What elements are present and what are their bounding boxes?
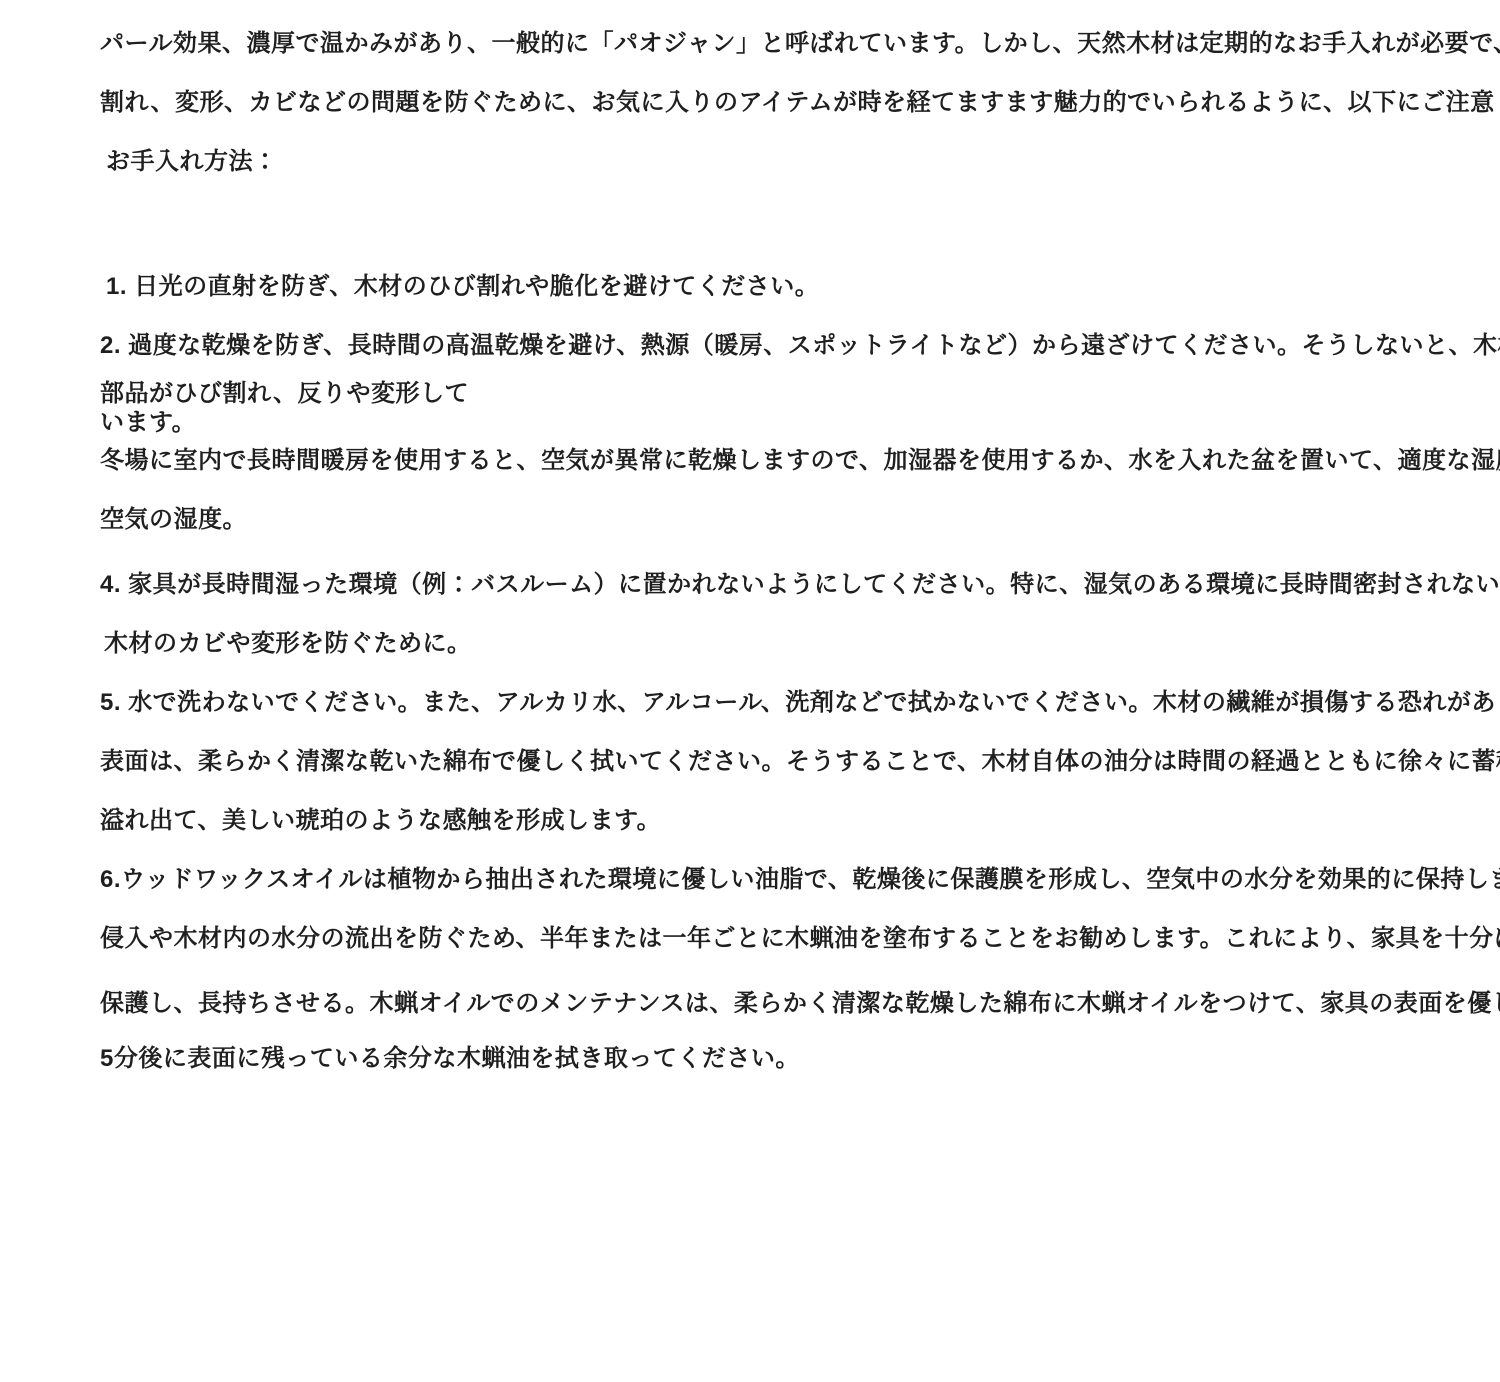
care-item-6-wrap-2: 保護し、長持ちさせる。木蝋オイルでのメンテナンスは、柔らかく清潔な乾燥した綿布に…: [100, 991, 1500, 1017]
intro-line-2: 割れ、変形、カビなどの問題を防ぐために、お気に入りのアイテムが時を経てますます魅…: [100, 90, 1500, 116]
care-item-4-wrap: 木材のカビや変形を防ぐために。: [100, 631, 1500, 657]
care-instructions-document: パール効果、濃厚で温かみがあり、一般的に「パオジャン」と呼ばれています。しかし、…: [0, 0, 1500, 1382]
care-item-5-wrap-2: 溢れ出て、美しい琥珀のような感触を形成します。: [100, 808, 1500, 834]
care-item-2-wrap-1: 部品がひび割れ、反りや変形して: [100, 381, 1500, 407]
care-item-3-wrap: 空気の湿度。: [100, 507, 1500, 533]
care-item-1: 1. 日光の直射を防ぎ、木材のひび割れや脆化を避けてください。: [100, 274, 1500, 300]
care-item-2: 2. 過度な乾燥を防ぎ、長時間の高温乾燥を避け、熱源（暖房、スポットライトなど）…: [100, 333, 1500, 359]
care-item-4: 4. 家具が長時間湿った環境（例：バスルーム）に置かれないようにしてください。特…: [100, 572, 1500, 598]
care-item-6-wrap-1: 侵入や木材内の水分の流出を防ぐため、半年または一年ごとに木蝋油を塗布することをお…: [100, 926, 1500, 952]
care-item-6-wrap-3: 5分後に表面に残っている余分な木蝋油を拭き取ってください。: [100, 1046, 1500, 1072]
care-item-3: 冬場に室内で長時間暖房を使用すると、空気が異常に乾燥しますので、加湿器を使用する…: [100, 448, 1500, 474]
care-item-5: 5. 水で洗わないでください。また、アルカリ水、アルコール、洗剤などで拭かないで…: [100, 690, 1500, 716]
intro-line-1: パール効果、濃厚で温かみがあり、一般的に「パオジャン」と呼ばれています。しかし、…: [100, 31, 1500, 57]
care-item-6: 6.ウッドワックスオイルは植物から抽出された環境に優しい油脂で、乾燥後に保護膜を…: [100, 867, 1500, 893]
care-item-5-wrap-1: 表面は、柔らかく清潔な乾いた綿布で優しく拭いてください。そうすることで、木材自体…: [100, 749, 1500, 775]
document-text-block: パール効果、濃厚で温かみがあり、一般的に「パオジャン」と呼ばれています。しかし、…: [100, 31, 1500, 1105]
care-method-heading: お手入れ方法：: [100, 149, 1500, 175]
care-item-2-wrap-2: います。: [100, 410, 1500, 436]
